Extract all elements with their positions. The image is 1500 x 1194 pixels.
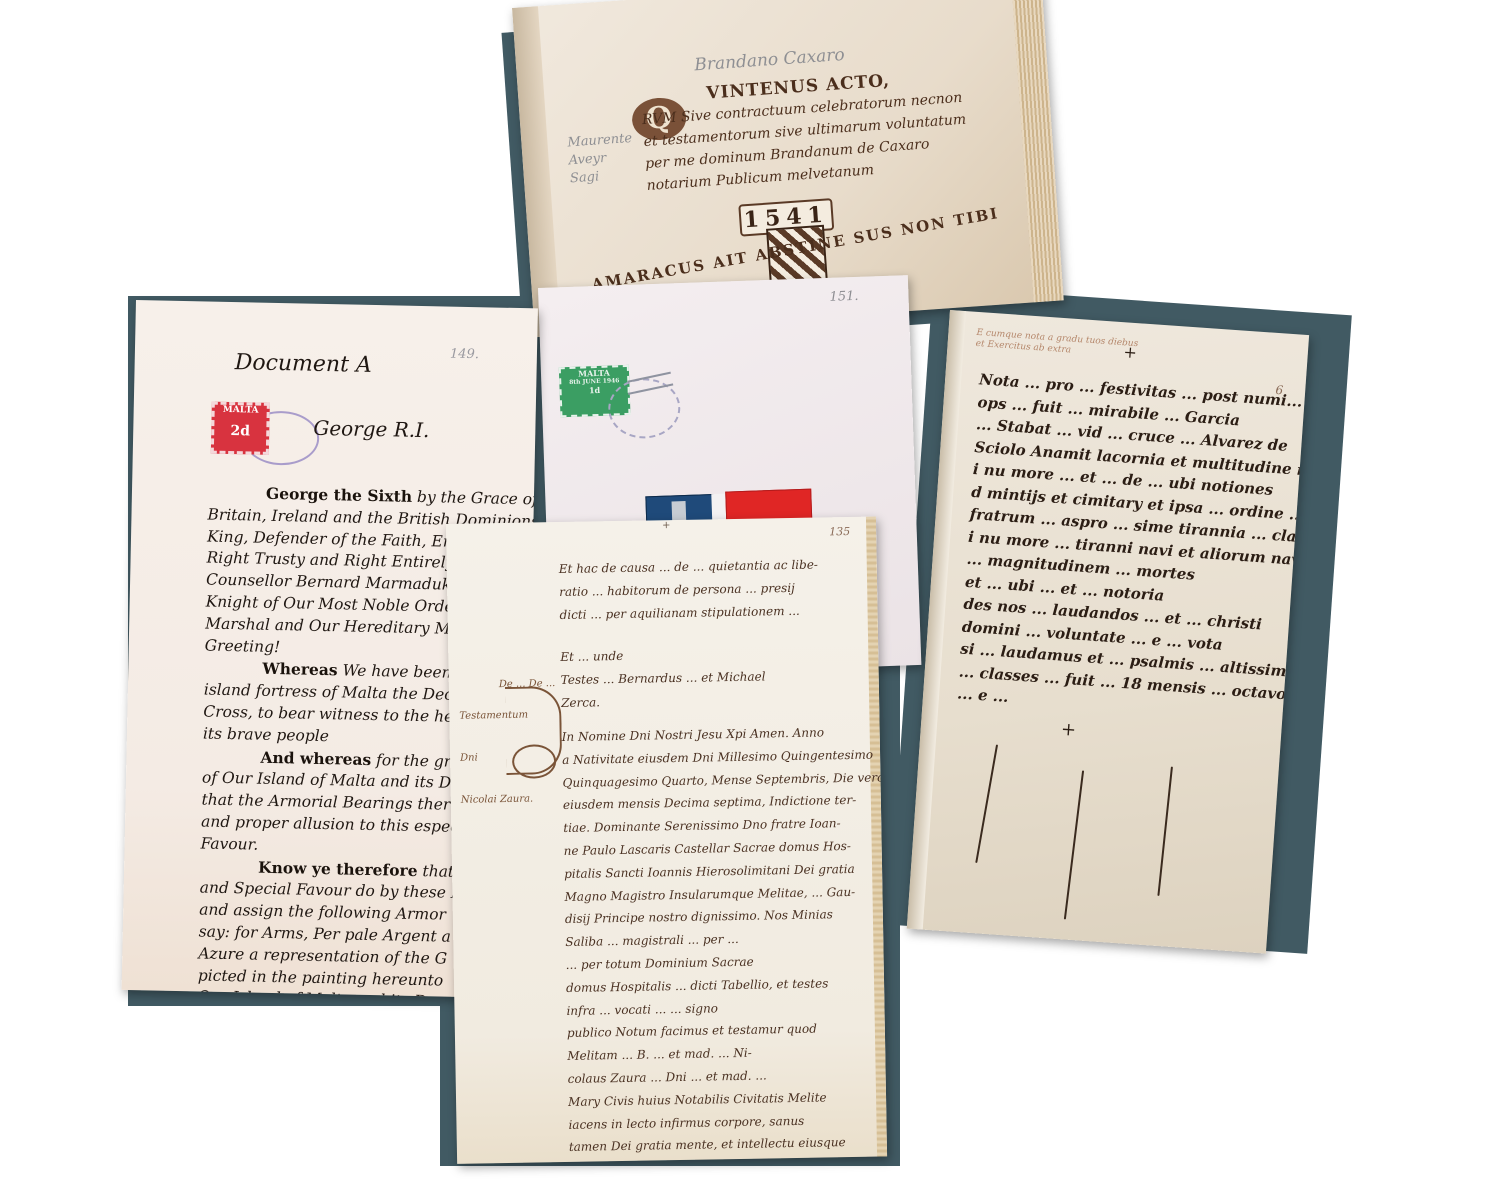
cross-mark-icon: + bbox=[662, 520, 671, 531]
latin-letter-body: Nota ... pro ... festivitas ... post num… bbox=[956, 368, 1309, 738]
malta-red-stamp-icon: MALTA 2d bbox=[211, 402, 270, 455]
paragraph-1: Et hac de causa ... de ... quietantia ac… bbox=[559, 554, 819, 627]
folio-number: 149. bbox=[450, 347, 479, 363]
postmark-circle-icon bbox=[607, 377, 681, 439]
pencil-note-margin: Maurente Aveyr Sagi bbox=[567, 130, 635, 188]
cross-mark-icon: + bbox=[1060, 719, 1077, 741]
document-heading: Document A bbox=[234, 350, 372, 378]
latin-letter-right: E cumque nota a gradu tuos diebus et Exe… bbox=[907, 310, 1309, 954]
royal-signature: George R.I. bbox=[313, 416, 430, 442]
signature-stroke bbox=[975, 744, 998, 863]
signature-stroke bbox=[1157, 767, 1173, 896]
signature-stroke bbox=[1064, 770, 1084, 919]
margin-note: E cumque nota a gradu tuos diebus et Exe… bbox=[975, 328, 1138, 361]
paragraph-3: In Nomine Dni Nostri Jesu Xpi Amen. Anno… bbox=[562, 720, 888, 1164]
folio-number: 151. bbox=[829, 289, 858, 305]
cross-mark-icon: + bbox=[1123, 342, 1138, 362]
paragraph-2: Et ... unde Testes ... Bernardus ... et … bbox=[560, 642, 766, 714]
folio-number: 135 bbox=[829, 525, 850, 538]
pencil-note-top: Brandano Caxaro bbox=[694, 45, 846, 75]
volume-title: VINTENUS ACTO, RVM Sive contractuum cele… bbox=[640, 65, 970, 197]
latin-notarial-page: + 135 Et hac de causa ... de ... quietan… bbox=[446, 516, 887, 1163]
